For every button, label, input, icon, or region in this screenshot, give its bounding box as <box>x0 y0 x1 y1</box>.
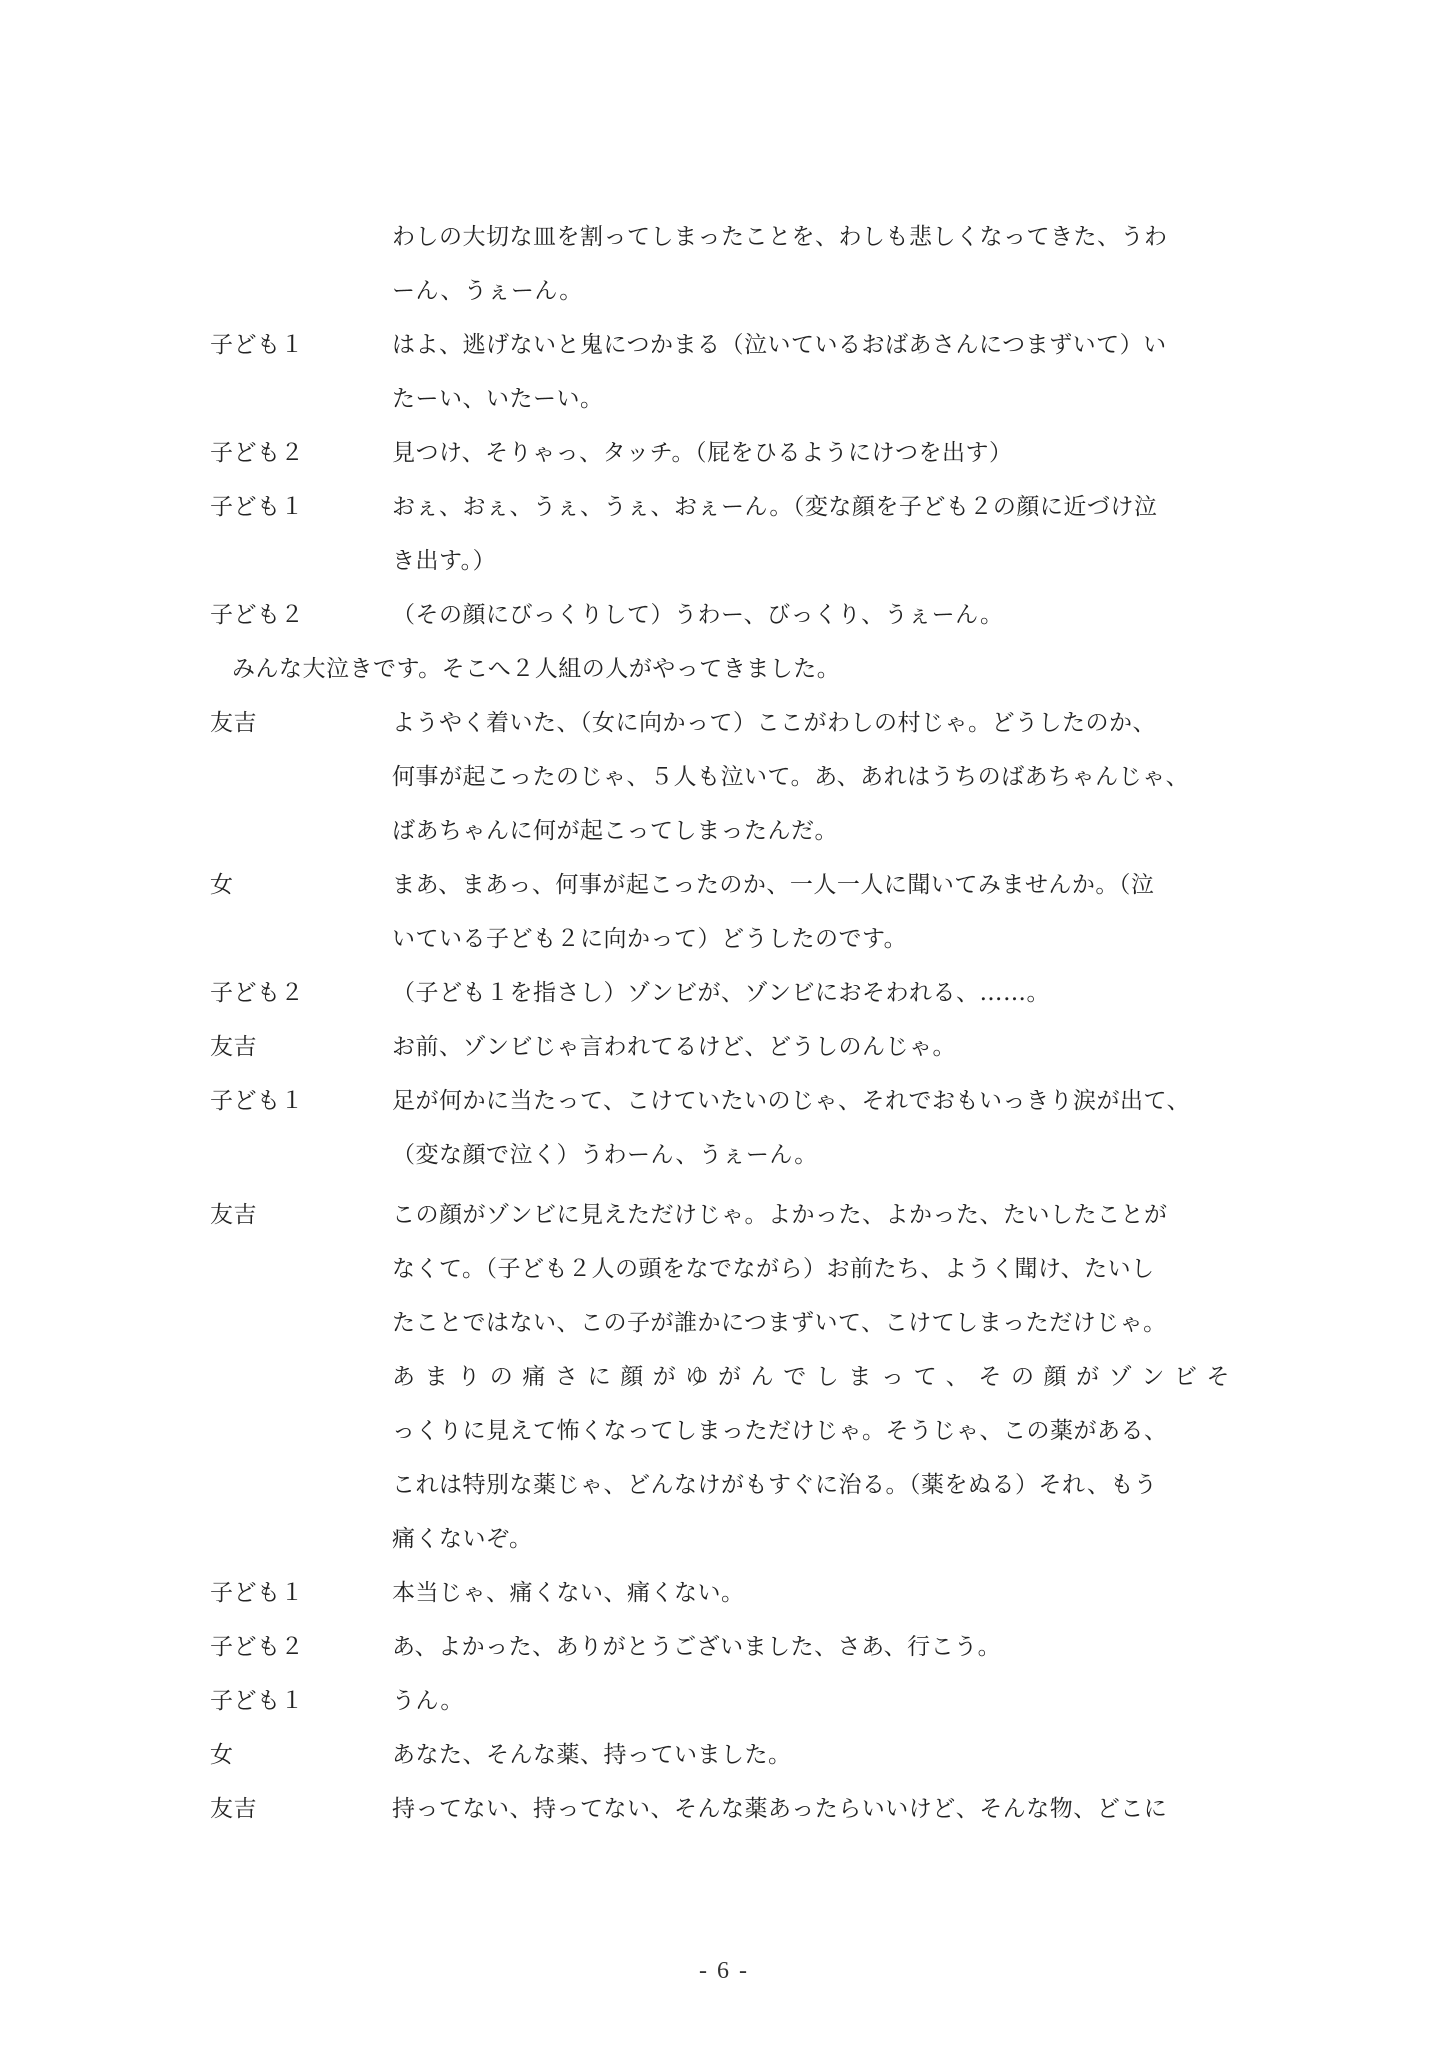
dialogue-text: 足が何かに当たって、こけていたいのじゃ、それでおもいっきり涙が出て、 <box>392 1086 1190 1116</box>
dialogue-text: まあ、まあっ、何事が起こったのか、一人一人に聞いてみませんか。（泣 <box>392 870 1154 900</box>
speaker-label: 子ども１ <box>210 1578 304 1608</box>
speaker-label: 子ども１ <box>210 1686 304 1716</box>
dialogue-text: あなた、そんな薬、持っていました。 <box>392 1740 792 1770</box>
document-page: わしの大切な皿を割ってしまったことを、わしも悲しくなってきた、うわ ーん、うぇー… <box>0 0 1448 2048</box>
dialogue-text: っくりに見えて怖くなってしまっただけじゃ。そうじゃ、この薬がある、 <box>392 1416 1168 1446</box>
speaker-label: 子ども１ <box>210 1086 304 1116</box>
dialogue-text: お前、ゾンビじゃ言われてるけど、どうしのんじゃ。 <box>392 1032 956 1062</box>
page-number: - 6 - <box>0 1958 1448 1985</box>
speaker-label: 友吉 <box>210 1794 257 1824</box>
dialogue-text: （子ども１を指さし）ゾンビが、ゾンビにおそわれる、……。 <box>392 978 1050 1008</box>
dialogue-text: たーい、いたーい。 <box>392 384 604 414</box>
dialogue-text: わしの大切な皿を割ってしまったことを、わしも悲しくなってきた、うわ <box>392 222 1168 252</box>
dialogue-text: 何事が起こったのじゃ、５人も泣いて。あ、あれはうちのばあちゃんじゃ、 <box>392 762 1189 792</box>
dialogue-text: （その顔にびっくりして）うわー、びっくり、うぇーん。 <box>392 600 1003 630</box>
dialogue-text: （変な顔で泣く）うわーん、うぇーん。 <box>392 1140 818 1170</box>
dialogue-text: あ、よかった、ありがとうございました、さあ、行こう。 <box>392 1632 1001 1662</box>
speaker-label: 子ども１ <box>210 492 304 522</box>
dialogue-text: き出す。） <box>392 546 496 576</box>
dialogue-text: 見つけ、そりゃっ、タッチ。（屁をひるようにけつを出す） <box>392 438 1012 468</box>
speaker-label: 女 <box>210 870 234 900</box>
dialogue-text: なくて。（子ども２人の頭をなでながら）お前たち、ようく聞け、たいし <box>392 1254 1155 1284</box>
dialogue-text: あまりの痛さに顔がゆがんでしまって、その顔がゾンビそ <box>392 1362 1239 1392</box>
dialogue-text: はよ、逃げないと鬼につかまる（泣いているおばあさんにつまずいて）い <box>392 330 1167 360</box>
dialogue-text: ーん、うぇーん。 <box>392 276 583 306</box>
speaker-label: 友吉 <box>210 708 257 738</box>
dialogue-text: いている子ども２に向かって）どうしたのです。 <box>392 924 907 954</box>
dialogue-text: 本当じゃ、痛くない、痛くない。 <box>392 1578 745 1608</box>
dialogue-text: たことではない、この子が誰かにつまずいて、こけてしまっただけじゃ。 <box>392 1308 1167 1338</box>
narration-text: みんな大泣きです。そこへ２人組の人がやってきました。 <box>232 654 840 684</box>
dialogue-text: うん。 <box>392 1686 464 1716</box>
speaker-label: 女 <box>210 1740 234 1770</box>
dialogue-text: ようやく着いた、（女に向かって）ここがわしの村じゃ。どうしたのか、 <box>392 708 1156 738</box>
dialogue-text: おぇ、おぇ、うぇ、うぇ、おぇーん。（変な顔を子ども２の顔に近づけ泣 <box>392 492 1157 522</box>
speaker-label: 子ども２ <box>210 1632 304 1662</box>
speaker-label: 子ども２ <box>210 438 304 468</box>
dialogue-text: 痛くないぞ。 <box>392 1524 533 1554</box>
dialogue-text: 持ってない、持ってない、そんな薬あったらいいけど、そんな物、どこに <box>392 1794 1167 1824</box>
speaker-label: 友吉 <box>210 1200 257 1230</box>
dialogue-text: この顔がゾンビに見えただけじゃ。よかった、よかった、たいしたことが <box>392 1200 1168 1230</box>
dialogue-text: ばあちゃんに何が起こってしまったんだ。 <box>392 816 838 846</box>
speaker-label: 子ども２ <box>210 600 304 630</box>
dialogue-text: これは特別な薬じゃ、どんなけがもすぐに治る。（薬をぬる）それ、もう <box>392 1470 1157 1500</box>
speaker-label: 子ども１ <box>210 330 304 360</box>
speaker-label: 子ども２ <box>210 978 304 1008</box>
speaker-label: 友吉 <box>210 1032 257 1062</box>
